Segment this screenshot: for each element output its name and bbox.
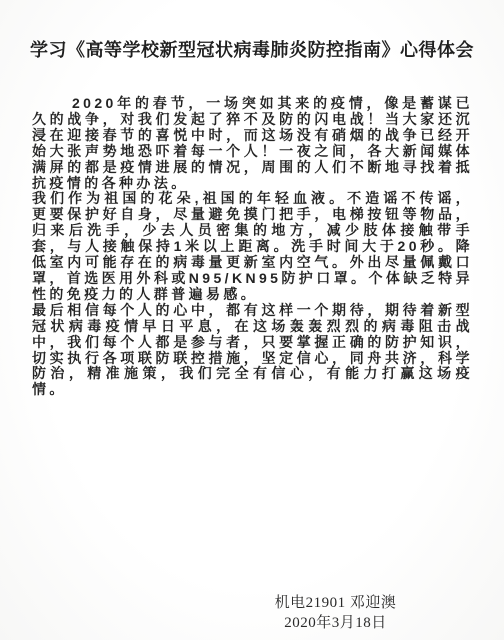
document-page: 学习《高等学校新型冠状病毒肺炎防控指南》心得体会 2020年的春节，一场突如其来… bbox=[0, 0, 504, 640]
essay-body: 2020年的春节，一场突如其来的疫情，像是蓄谋已久的战争，对我们发起了猝不及防的… bbox=[32, 96, 473, 398]
essay-title: 学习《高等学校新型冠状病毒肺炎防控指南》心得体会 bbox=[28, 39, 476, 62]
essay-paragraph-2: 我们作为祖国的花朵,祖国的年轻血液。不造谣不传谣，更要保护好自身，尽量避免摸门把… bbox=[32, 191, 473, 302]
signature-block: 机电21901 邓迎澳 2020年3月18日 bbox=[243, 594, 428, 633]
signature-author: 机电21901 邓迎澳 bbox=[243, 594, 428, 614]
signature-date: 2020年3月18日 bbox=[243, 614, 428, 634]
essay-paragraph-3: 最后相信每个人的心中，都有这样一个期待，期待着新型冠状病毒疫情早日平息，在这场轰… bbox=[32, 303, 473, 398]
essay-paragraph-1: 2020年的春节，一场突如其来的疫情，像是蓄谋已久的战争，对我们发起了猝不及防的… bbox=[32, 96, 473, 191]
